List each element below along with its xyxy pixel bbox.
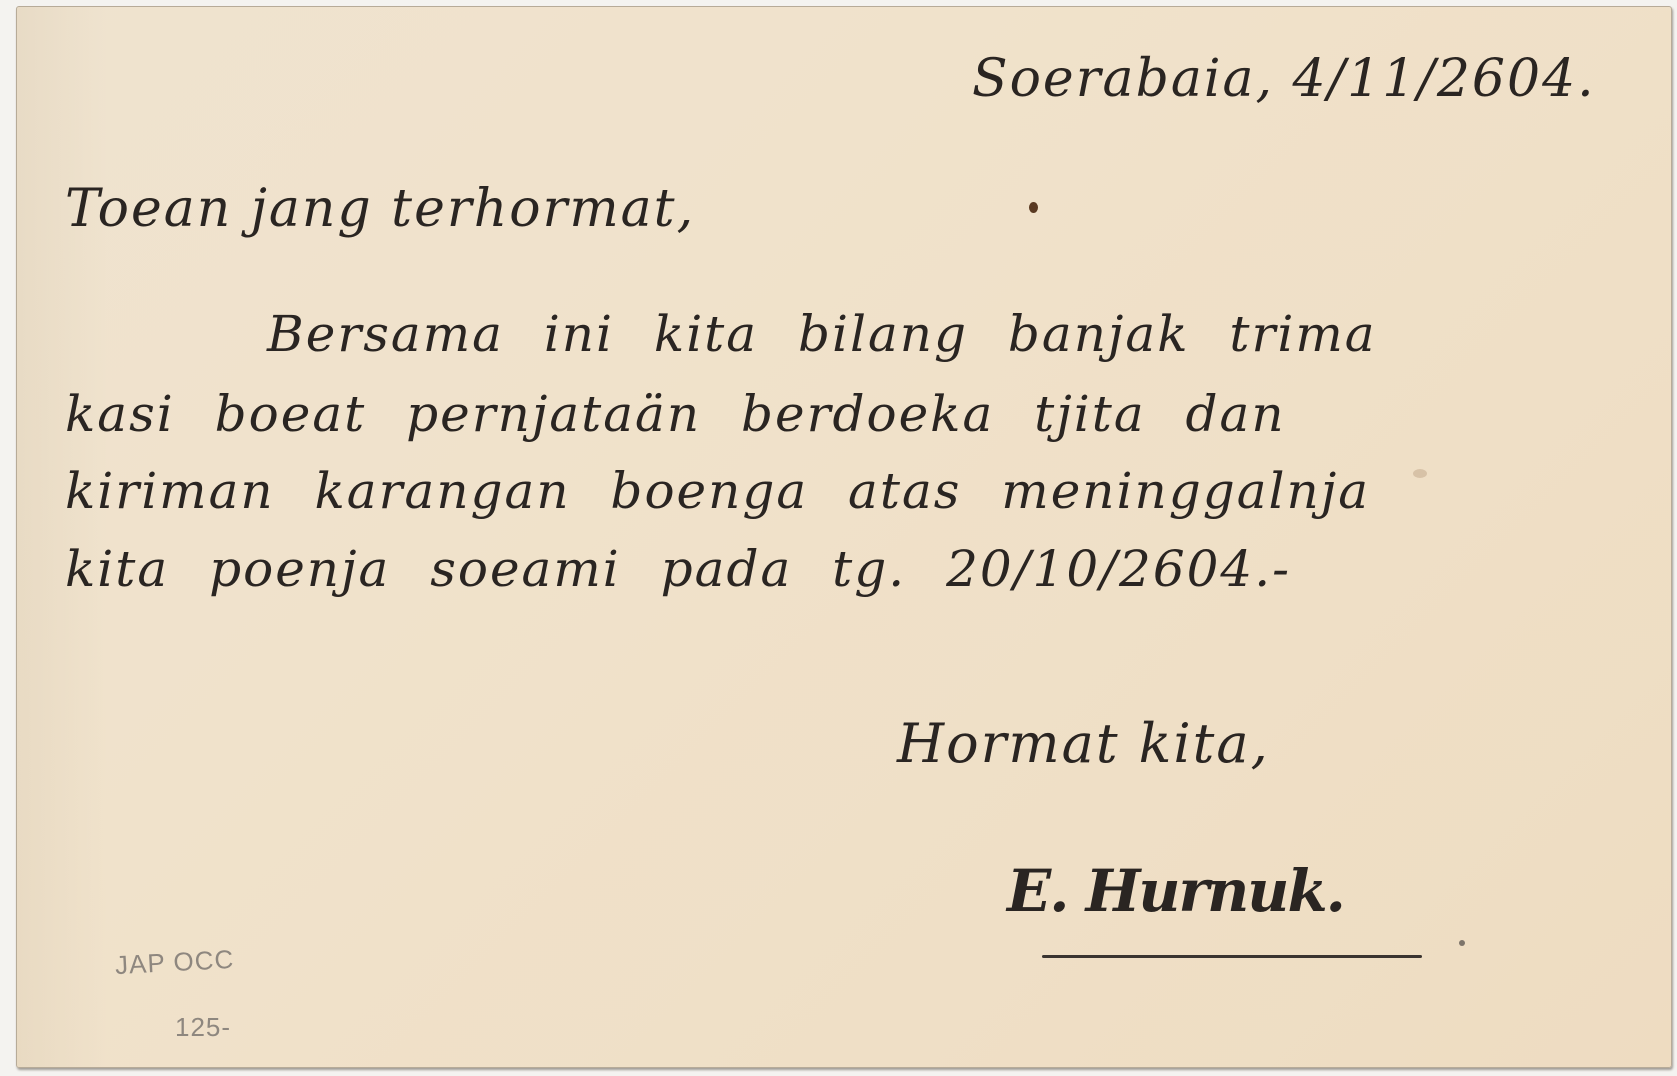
body-line-3: kiriman karangan boenga atas meninggalnj…: [65, 462, 1370, 520]
ink-blot: [1029, 202, 1038, 213]
salutation: Toean jang terhormat,: [65, 179, 695, 239]
pencil-note-price: 125-: [175, 1012, 231, 1043]
body-line-2: kasi boeat pernjataän berdoeka tjita dan: [65, 385, 1286, 443]
signature: E. Hurnuk.: [1007, 857, 1344, 925]
stain: [1413, 469, 1427, 478]
body-line-4: kita poenja soeami pada tg. 20/10/2604.-: [65, 540, 1291, 598]
postcard: Soerabaia, 4/11/2604. Toean jang terhorm…: [16, 6, 1672, 1068]
closing: Hormat kita,: [897, 712, 1270, 775]
place-and-date: Soerabaia, 4/11/2604.: [972, 49, 1596, 109]
pencil-note-catalog: JAP OCC: [114, 944, 235, 981]
dot-mark: [1459, 940, 1465, 946]
body-line-1: Bersama ini kita bilang banjak trima: [267, 305, 1377, 363]
signature-underline: [1042, 955, 1422, 958]
